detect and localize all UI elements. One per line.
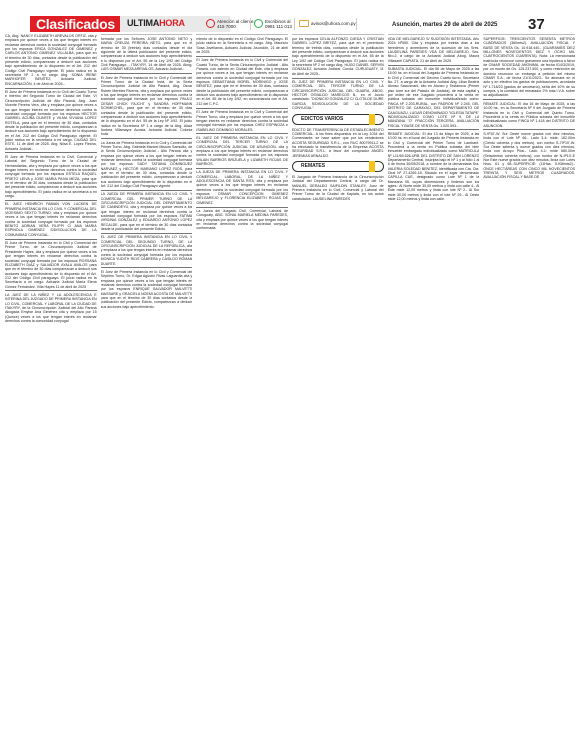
notice: por los esposos CELIA ALFONZO OJEDA Y CR… [292,37,384,76]
divider [196,56,288,57]
notice: miento de lo dispuesto en el Código Civi… [196,37,288,54]
contact-customer-service: Atención al cliente:415 7000 [206,16,255,31]
column-6: SUPERFICIE: TRESCIENTOS SESENTA METROS C… [483,34,575,752]
column-4: por los esposos CELIA ALFONZO OJEDA Y CR… [292,34,384,752]
classified-columns: CA, Abg. NANCY ELIZABETH ARÉVALOS ORTIZ,… [5,34,575,752]
gavel-icon [369,161,375,172]
contact-email: avisos@uhora.com.py [299,16,356,31]
section-header-remates: REMATES [292,161,384,172]
divider [101,233,193,234]
contact-value: 0981 111 013 [265,24,292,29]
column-5: VDA DE MELGAREJO S/ SUCESIÓN INTESTADA. … [388,34,480,752]
divider [5,239,97,240]
divider [483,129,575,130]
divider [356,18,357,30]
page-number: 37 [528,16,545,33]
divider [294,18,295,30]
notice: El Juez de Primera Instancia en lo Civil… [101,270,193,309]
notice: CA, Abg. NANCY ELIZABETH ARÉVALOS ORTIZ,… [5,34,97,86]
divider [5,290,97,291]
notice: EDICTO DE TRANSFERENCIA DE ESTABLECIMIEN… [292,128,384,158]
divider [101,138,193,139]
notice: EL JUEZ DE PRIMERA INSTANCIA EN LO CIVIL… [292,80,384,110]
divider [101,73,193,74]
divider [5,200,97,201]
notice: REMATE JUDICIAL: El día 16 de Mayo de 20… [483,102,575,128]
divider [5,88,97,89]
notice: SUBASTA JUDICIAL. El día 06 de Mayo de 2… [388,67,480,128]
notice: El Juez de Primera Instancia en lo Civil… [196,110,288,132]
column-2: formada por los Señores JOSE ANTONIO NET… [101,34,193,752]
mail-icon [299,20,309,27]
divider [101,267,193,268]
notice: SUPERFICIE: TRESCIENTOS SESENTA METROS C… [483,37,575,98]
page-header: Clasificados ULTIMAHORA Atención al clie… [0,0,580,30]
divider [250,18,251,30]
section-header-edictos-varios: EDICTOS VARIOS [292,114,384,125]
notice: formada por los Señores JOSE ANTONIO NET… [101,37,193,72]
notice: El Juez de Primera Instancia en lo Civil… [196,58,288,106]
notice: EL JUEZ HEINRICH FABIAN VON LUCKEN DE PR… [5,202,97,237]
notice: VDA DE MELGAREJO S/ SUCESIÓN INTESTADA. … [388,37,480,63]
notice: El Juzgado de Primera Instancia de la Ci… [292,175,384,201]
divider [388,65,480,66]
section-title: Clasificados [30,16,130,32]
section-badge [369,114,375,125]
notice: El Juez de Primera Instancia en lo Civil… [5,90,97,151]
notice: EL JUEZ DE PRIMERA INSTANCIA EN LO CIVIL… [101,235,193,265]
divider [196,168,288,169]
divider [196,108,288,109]
notice: LA JUEZA DE PRIMERA INSTANCIA EN LO CIVI… [196,170,288,205]
column-3: miento de lo dispuesto en el Código Civi… [196,34,288,752]
notice: LA JUEZ DE LA NIÑEZ Y LA ADOLESCENCIA E … [5,293,97,323]
notice: La Jueza de Primera Instancia en lo Civi… [101,141,193,189]
divider [5,152,97,153]
notice: El Juez de Primera Instancia en lo Civil… [101,76,193,137]
notice: LA JUEZA DE PRIMERA INSTANCIA EN LO CIVI… [101,192,193,231]
notice: La Jueza del Juzgado Civil, Comercial, L… [196,209,288,231]
publication-date: Asunción, martes 29 de abril de 2025 [392,22,497,28]
divider [483,99,575,100]
divider [388,129,480,130]
phone-icon [206,19,215,28]
notice: El Juez de Primera Instancia en lo Civil… [5,241,97,289]
notice: S-9º10'-W. Sur Oeste nueve grados con di… [483,132,575,180]
newspaper-logo: ULTIMAHORA [127,18,185,28]
logo-part-2: HORA [159,18,185,28]
divider [292,78,384,79]
section-label: EDICTOS VARIOS [301,117,343,121]
contact-label: Escribinos al [265,19,292,24]
notice: El Juez de Primera Instancia en lo Civil… [5,155,97,198]
notice: EL JUEZ DE PRIMERA INSTANCIA EN LO CIVIL… [196,136,288,166]
notice: REMATE JUDICIAL: El día 13 de Mayo de 20… [388,132,480,202]
section-label: REMATES [301,164,325,168]
logo-part-1: ULTIMA [127,18,159,28]
column-1: CA, Abg. NANCY ELIZABETH ARÉVALOS ORTIZ,… [5,34,97,752]
divider [196,133,288,134]
whatsapp-icon [254,19,263,28]
divider [196,207,288,208]
divider [101,190,193,191]
contact-value: avisos@uhora.com.py [311,21,356,26]
contact-whatsapp: Escribinos al0981 111 013 [254,16,292,31]
